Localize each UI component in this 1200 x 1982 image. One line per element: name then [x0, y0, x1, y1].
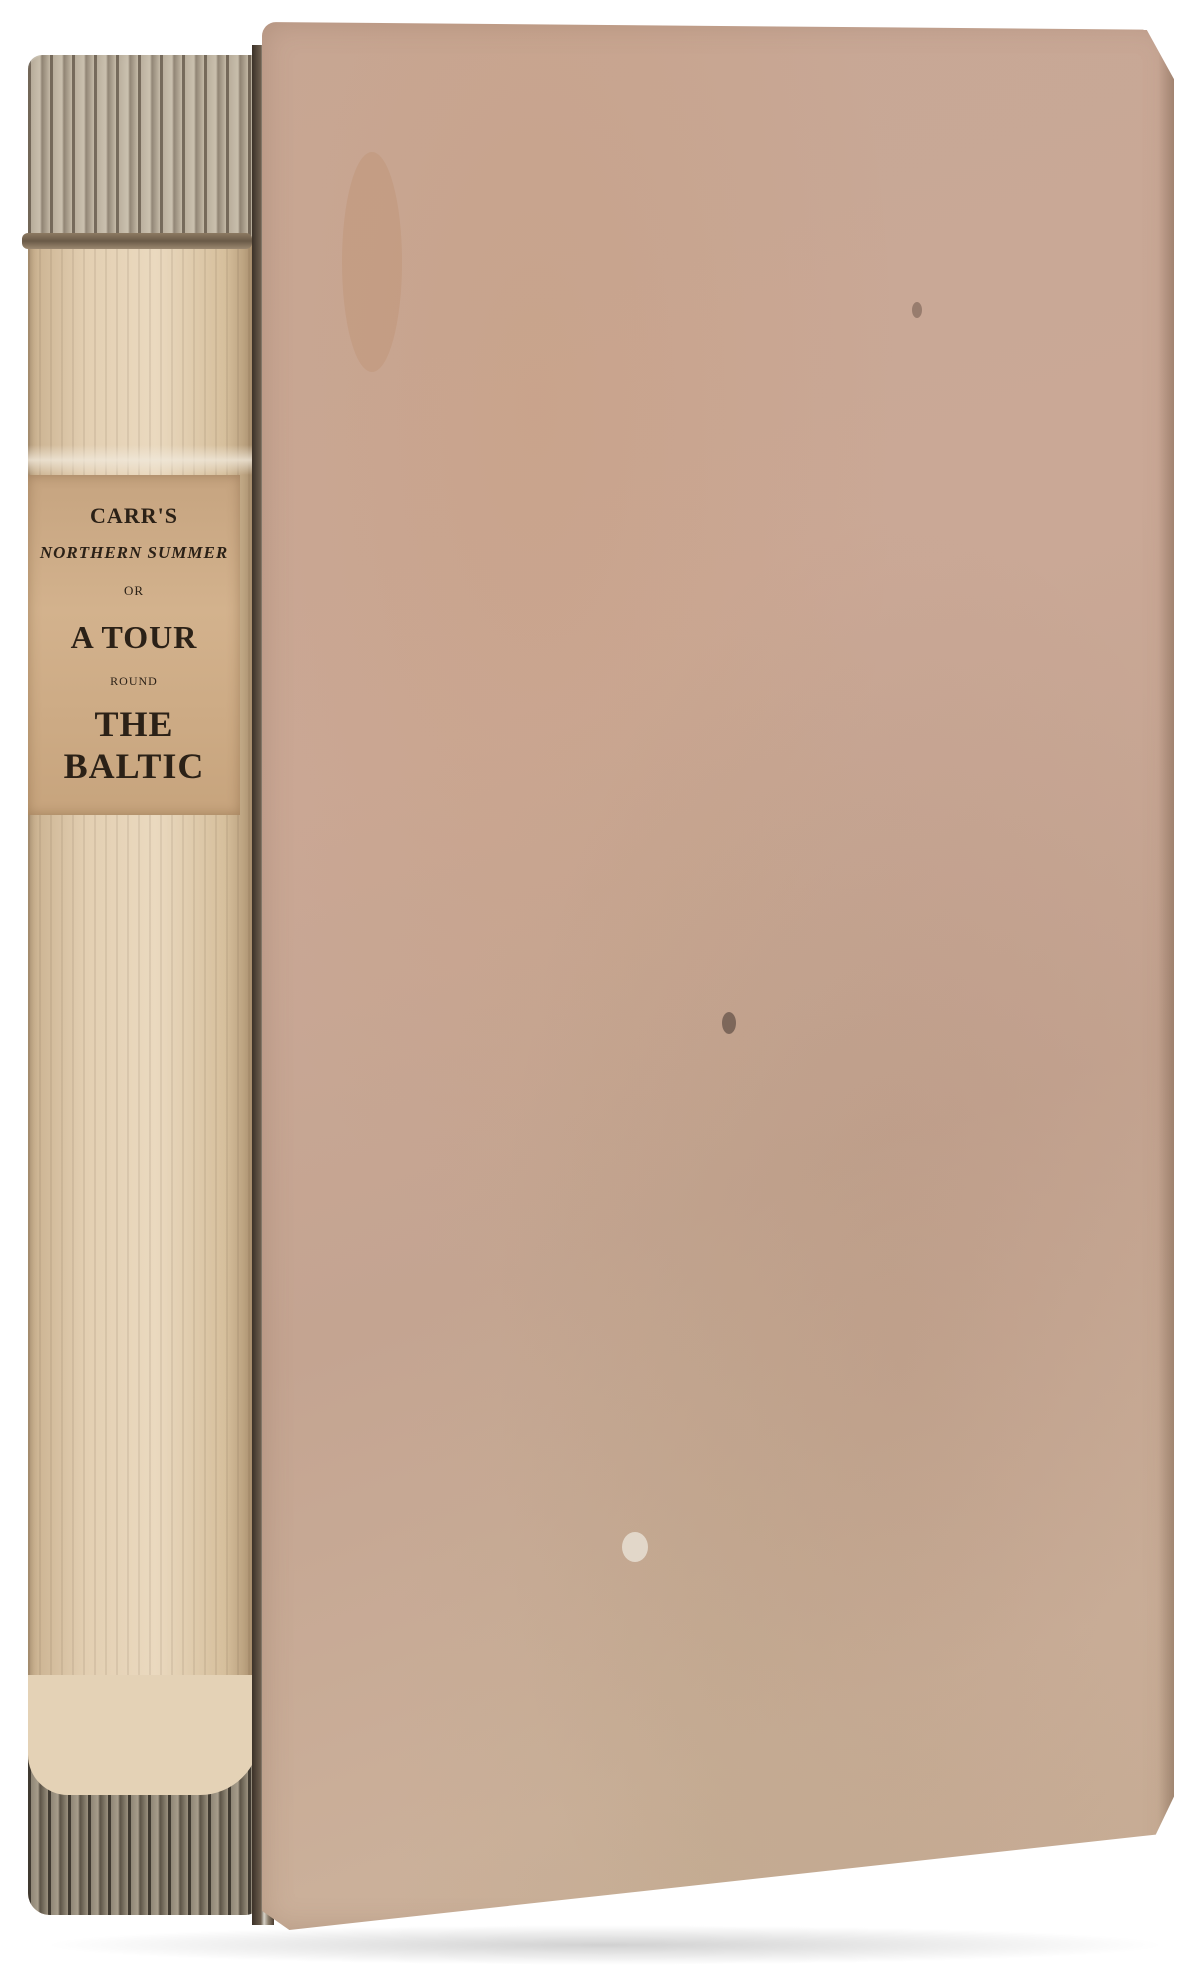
label-place: THE BALTIC: [28, 703, 240, 787]
label-author: CARR'S: [90, 503, 178, 529]
label-round: ROUND: [110, 674, 158, 689]
book-photograph: CARR'S NORTHERN SUMMER OR A TOUR ROUND T…: [0, 0, 1200, 1982]
spine-label: CARR'S NORTHERN SUMMER OR A TOUR ROUND T…: [28, 475, 240, 815]
sewing-band: [22, 233, 252, 249]
label-subtitle: A TOUR: [71, 619, 198, 656]
label-title: NORTHERN SUMMER: [40, 543, 228, 563]
water-stain: [342, 152, 402, 372]
exposed-gatherings-head: [28, 55, 260, 240]
spine-paper-remnant: [28, 1675, 260, 1795]
floor-shadow: [40, 1925, 1170, 1965]
label-or: OR: [124, 583, 144, 599]
spine-paper-tear: [28, 445, 260, 475]
board-fore-edge: [1158, 22, 1174, 1930]
dark-spot-stain: [722, 1012, 736, 1034]
abrasion-mark: [622, 1532, 648, 1562]
book-spine: CARR'S NORTHERN SUMMER OR A TOUR ROUND T…: [28, 55, 260, 1915]
spot-stain: [912, 302, 922, 318]
front-board: [262, 22, 1174, 1930]
